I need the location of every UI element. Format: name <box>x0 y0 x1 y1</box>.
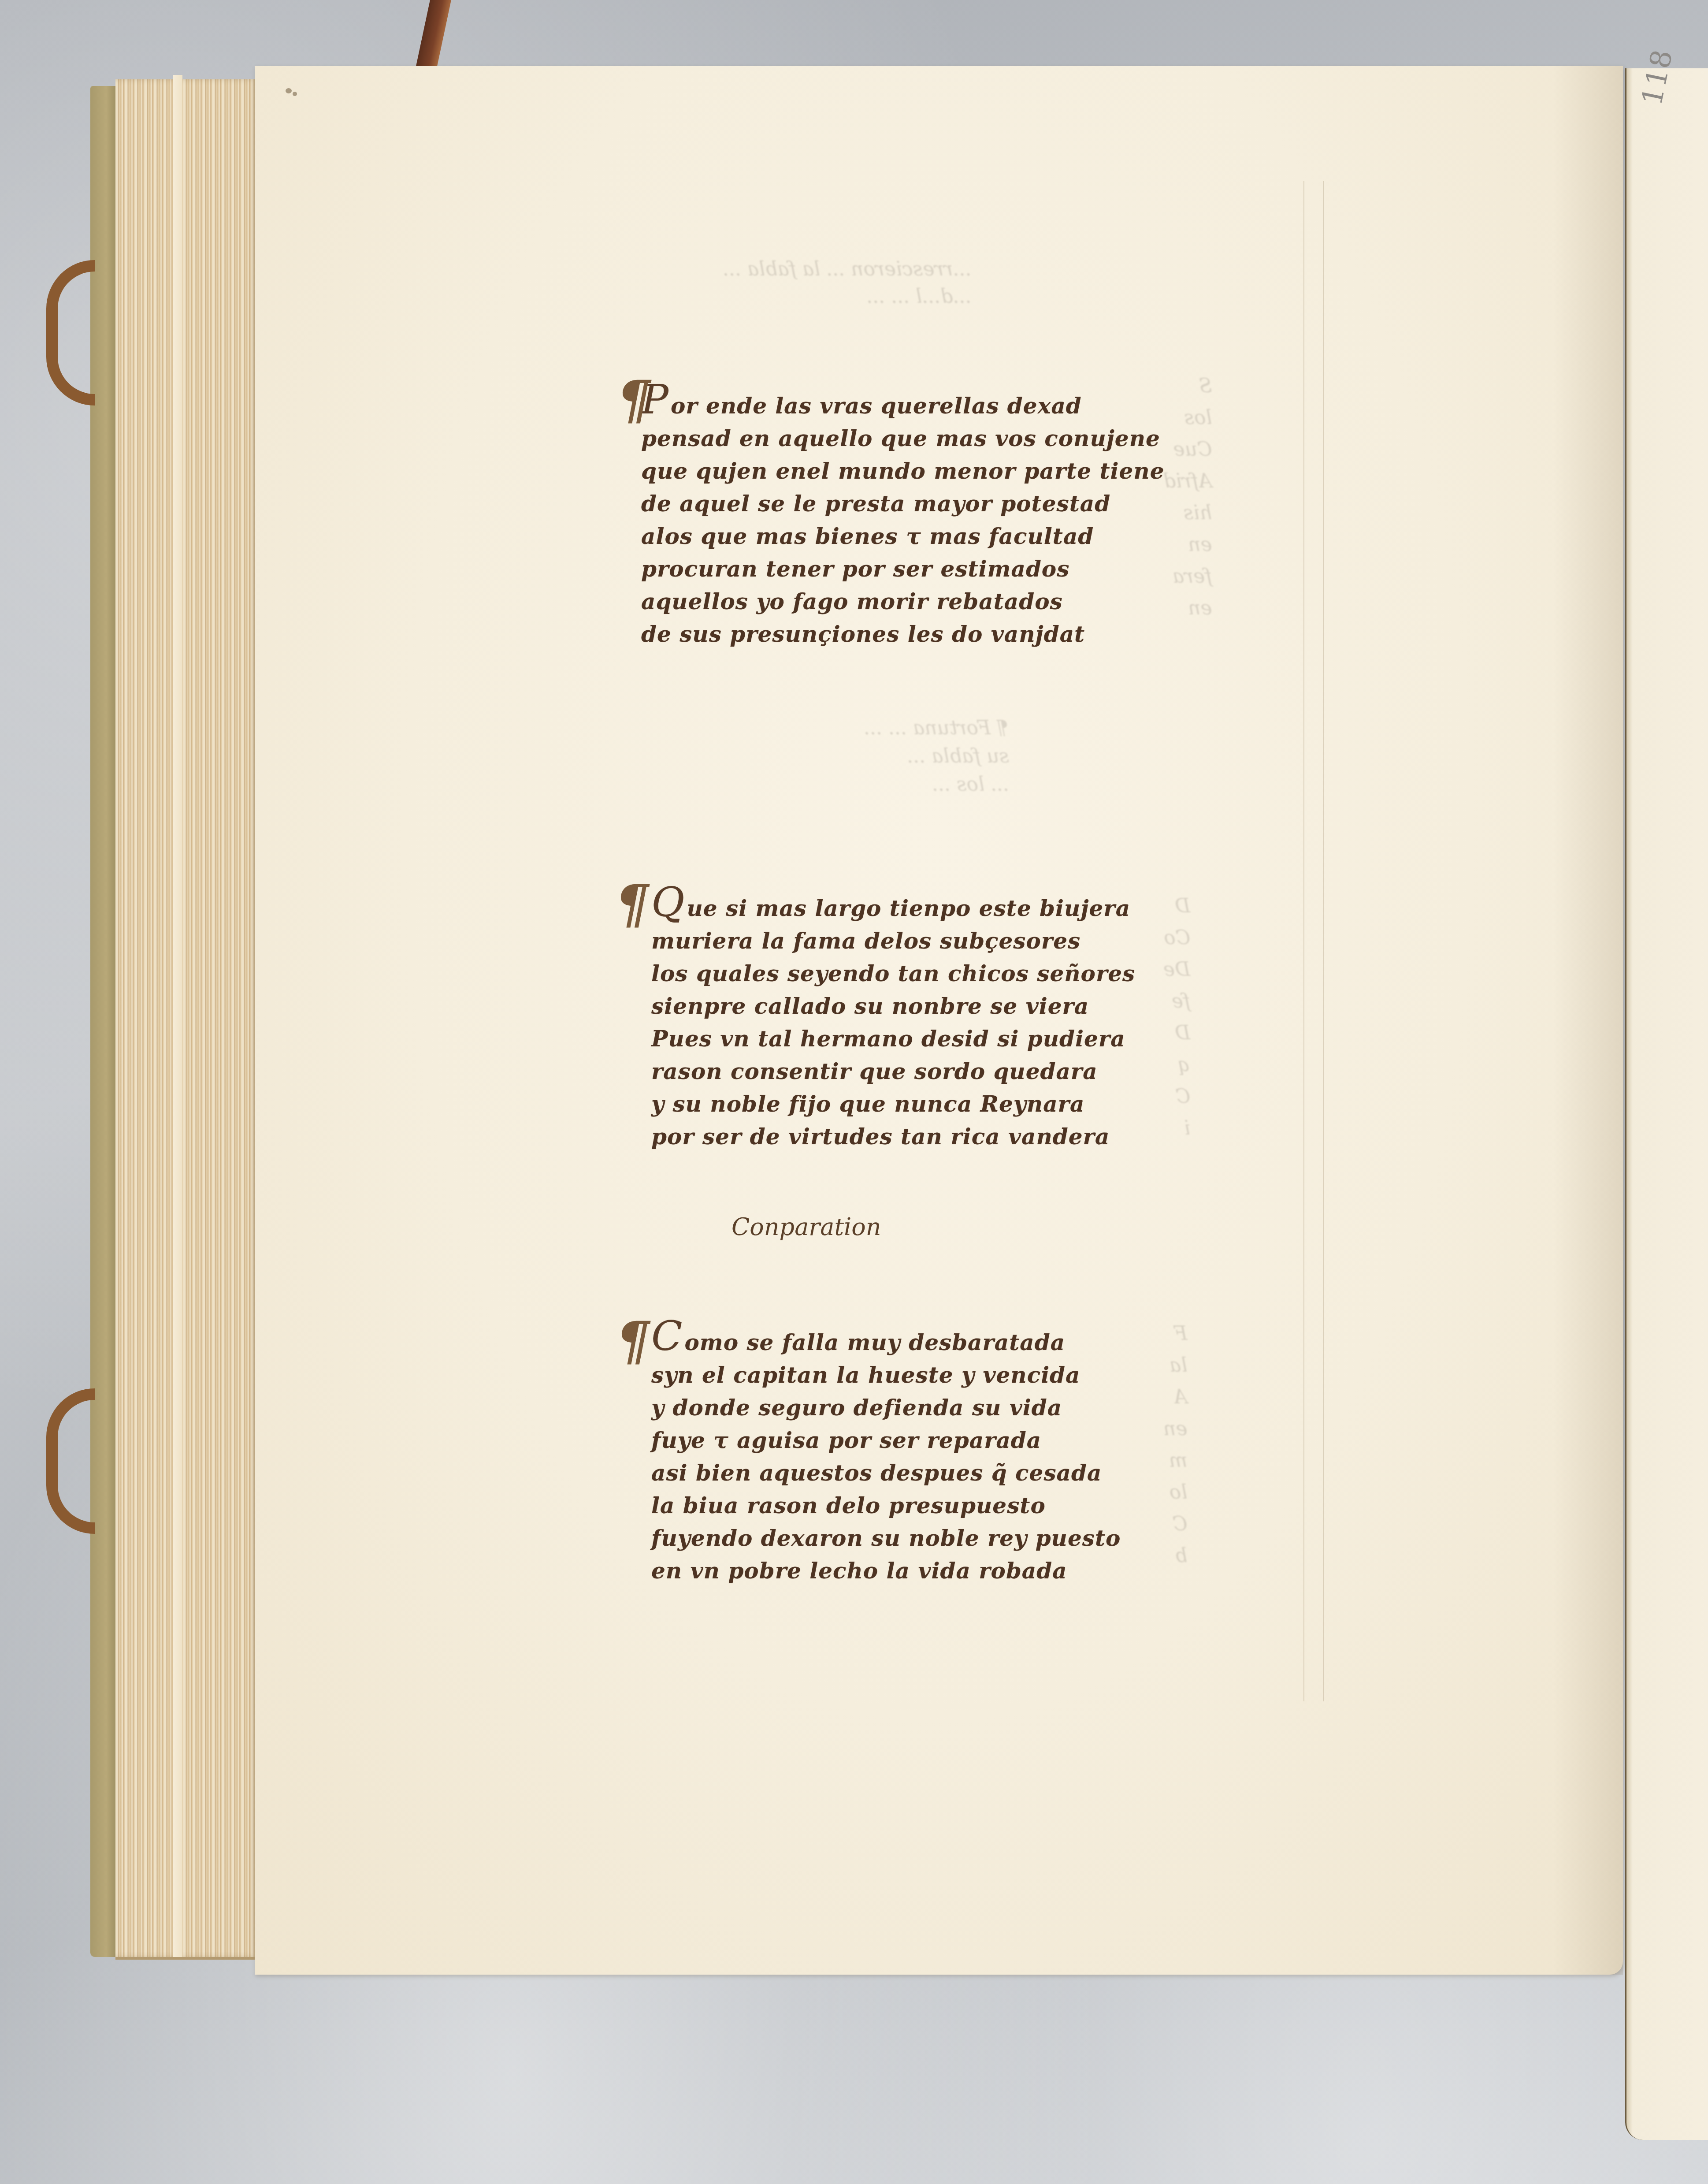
leather-clasp-tie-upper <box>46 260 95 406</box>
verse-line: rason consentir que sordo quedara <box>651 1055 1135 1088</box>
ruling-line <box>1303 181 1304 1701</box>
pilcrow-icon: ¶ <box>615 878 649 931</box>
pilcrow-icon: ¶ <box>617 374 651 427</box>
initial-letter: Q <box>651 878 685 926</box>
verse-line: la biua rason delo presupuesto <box>651 1489 1121 1522</box>
verse-line: de sus presunçiones les do vanjdat <box>641 618 1164 651</box>
verse-line: en vn pobre lecho la vida robada <box>651 1555 1121 1587</box>
ruling-line <box>1323 181 1324 1701</box>
leather-clasp-tie-lower <box>46 1388 95 1534</box>
verse-line: pensad en aquello que mas vos conujene <box>641 422 1164 455</box>
leather-tie-top <box>415 0 452 71</box>
ink-stain <box>286 88 292 93</box>
verse-line: aquellos yo fago morir rebatados <box>641 585 1164 618</box>
verse-line: syn el capitan la hueste y vencida <box>651 1359 1121 1392</box>
verse-line: asi bien aquestos despues q̃ cesada <box>651 1457 1121 1489</box>
verse-line: que qujen enel mundo menor parte tiene <box>641 455 1164 487</box>
verse-line: Pues vn tal hermano desid si pudiera <box>651 1023 1135 1055</box>
stanza-1: ¶ Por ende las vras querellas dexad pens… <box>641 383 1164 651</box>
verse-line: alos que mas bienes τ mas facultad <box>641 520 1164 553</box>
verse-line: y su noble fijo que nunca Reynara <box>651 1088 1135 1120</box>
verse-line: de aquel se le presta mayor potestad <box>641 487 1164 520</box>
facing-page-recto <box>1625 68 1708 2140</box>
stanza-2: ¶ Que si mas largo tienpo este biujera m… <box>651 886 1135 1153</box>
bleed-through-block: D Co De fe D q C i <box>1163 890 1190 1144</box>
bleed-through-block: F la A en m lo C b <box>1163 1318 1187 1572</box>
page-stack-edges <box>115 79 256 1960</box>
verse-line: Que si mas largo tienpo este biujera <box>651 886 1135 925</box>
verse-line: sienpre callado su nonbre se viera <box>651 990 1135 1023</box>
verse-line: procuran tener por ser estimados <box>641 553 1164 585</box>
bleed-through-heading: ...rrescieron ... la fabla ... ...d...l … <box>723 256 971 310</box>
page-stack-divider <box>173 75 182 1957</box>
bleed-through-block: S los Cue Afrid his en fera en <box>1163 370 1212 624</box>
verse-line: los quales seyendo tan chicos señores <box>651 957 1135 990</box>
bleed-through-block: ¶ Fortuna ... ... su fabla ... ... los .… <box>864 714 1009 799</box>
verse-line: Por ende las vras querellas dexad <box>641 383 1164 422</box>
ink-stain <box>293 92 297 96</box>
verse-line: fuyendo dexaron su noble rey puesto <box>651 1522 1121 1555</box>
verse-line: por ser de virtudes tan rica vandera <box>651 1120 1135 1153</box>
section-heading: Conparation <box>731 1213 881 1241</box>
verse-line: y donde seguro defienda su vida <box>651 1392 1121 1424</box>
initial-letter: C <box>651 1313 683 1360</box>
pilcrow-icon: ¶ <box>616 1315 650 1368</box>
verse-line: Como se falla muy desbaratada <box>651 1320 1121 1359</box>
verse-line: fuye τ aguisa por ser reparada <box>651 1424 1121 1457</box>
verse-line: muriera la fama delos subçesores <box>651 925 1135 957</box>
stanza-3: ¶ Como se falla muy desbaratada syn el c… <box>651 1320 1121 1587</box>
